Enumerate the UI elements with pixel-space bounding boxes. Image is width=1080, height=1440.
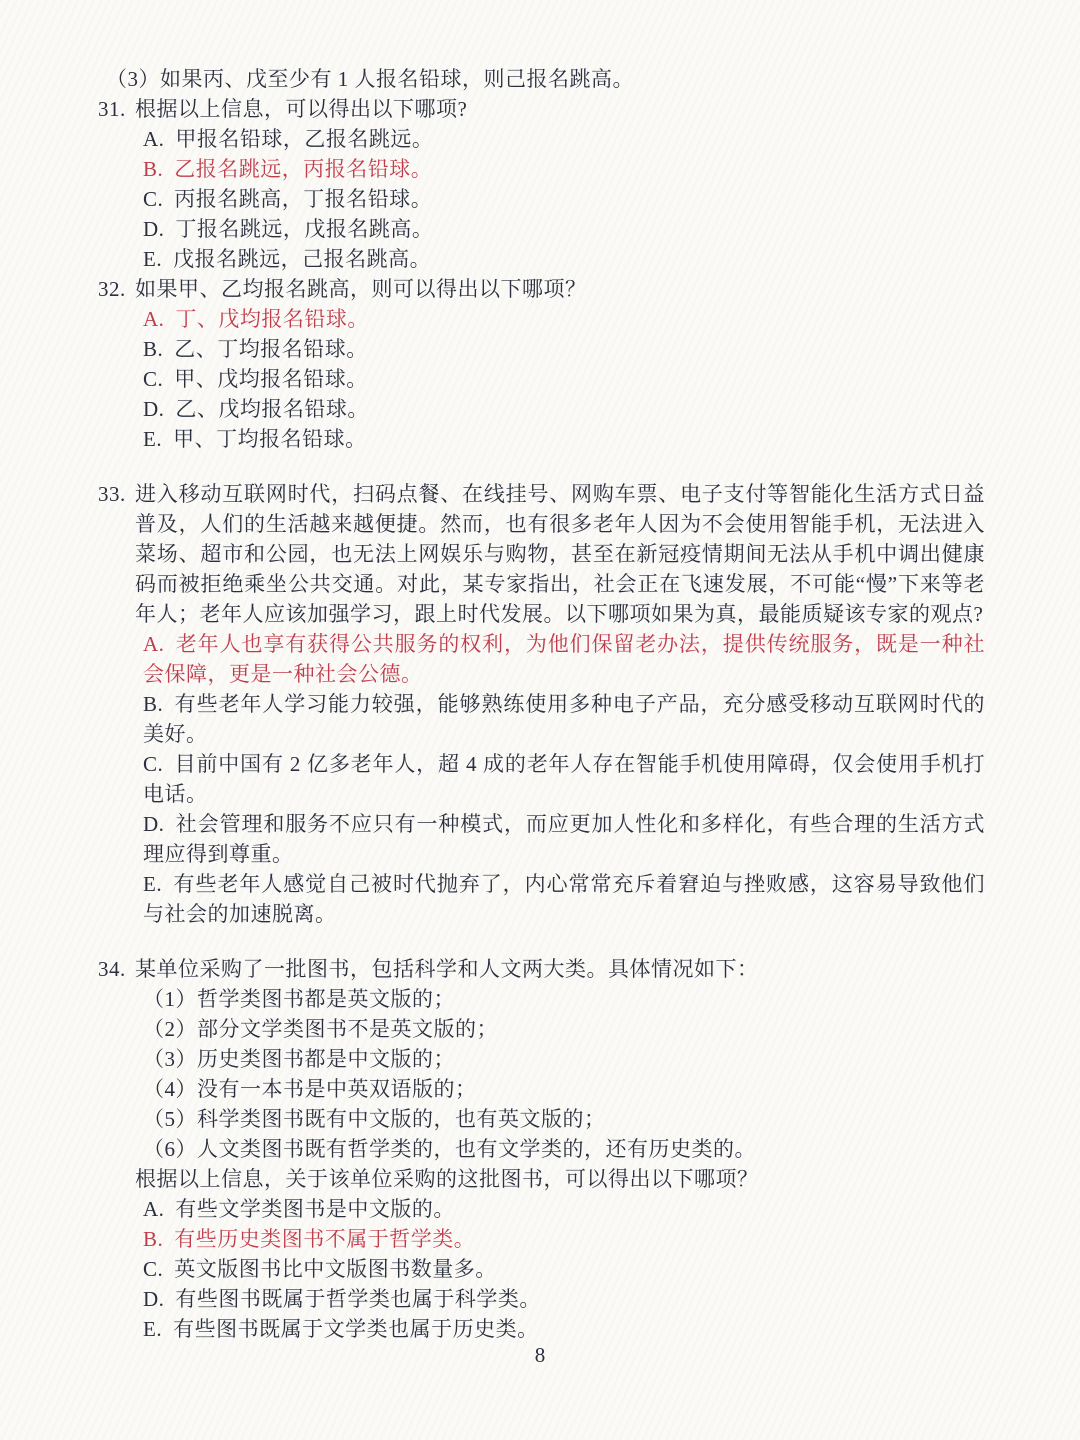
- option-row: B.有些老年人学习能力较强，能够熟练使用多种电子产品，充分感受移动互联网时代的美…: [135, 689, 985, 749]
- option-row: D.有些图书既属于哲学类也属于科学类。: [135, 1284, 985, 1314]
- option-label: E.: [143, 1317, 162, 1341]
- option-text: 甲、戊均报名铅球。: [174, 367, 368, 391]
- question-number: 33.: [98, 479, 135, 509]
- option-row: C.甲、戊均报名铅球。: [135, 364, 985, 394]
- option-label: D.: [143, 217, 164, 241]
- option-label: B.: [143, 337, 163, 361]
- option-label: B.: [143, 157, 163, 181]
- question-number: 31.: [98, 94, 135, 124]
- option-row: B.乙、丁均报名铅球。: [135, 334, 985, 364]
- condition-line: （1）哲学类图书都是英文版的；: [135, 984, 985, 1014]
- option-label: E.: [143, 872, 162, 896]
- option-text: 戊报名跳远，己报名跳高。: [173, 247, 431, 271]
- option-row: D.乙、戊均报名铅球。: [135, 394, 985, 424]
- option-row: B.有些历史类图书不属于哲学类。: [135, 1224, 985, 1254]
- question-body: 某单位采购了一批图书，包括科学和人文两大类。具体情况如下： （1）哲学类图书都是…: [135, 954, 985, 1344]
- option-label: D.: [143, 1287, 164, 1311]
- condition-line: （5）科学类图书既有中文版的，也有英文版的；: [135, 1104, 985, 1134]
- question-body: 进入移动互联网时代，扫码点餐、在线挂号、网购车票、电子支付等智能化生活方式日益普…: [135, 479, 985, 929]
- question-stem: 如果甲、乙均报名跳高，则可以得出以下哪项？: [135, 274, 985, 304]
- option-row: C.丙报名跳高，丁报名铅球。: [135, 184, 985, 214]
- condition-line: （4）没有一本书是中英双语版的；: [135, 1074, 985, 1104]
- option-text: 目前中国有 2 亿多老年人，超 4 成的老年人存在智能手机使用障碍，仅会使用手机…: [143, 752, 985, 806]
- option-text: 有些老年人感觉自己被时代抛弃了，内心常常充斥着窘迫与挫败感，这容易导致他们与社会…: [143, 872, 985, 926]
- option-row: E.有些图书既属于文学类也属于历史类。: [135, 1314, 985, 1344]
- option-label: E.: [143, 247, 162, 271]
- option-label: B.: [143, 692, 163, 716]
- option-text: 社会管理和服务不应只有一种模式，而应更加人性化和多样化，有些合理的生活方式理应得…: [143, 812, 985, 866]
- option-text: 英文版图书比中文版图书数量多。: [174, 1257, 497, 1281]
- option-row: D.社会管理和服务不应只有一种模式，而应更加人性化和多样化，有些合理的生活方式理…: [135, 809, 985, 869]
- option-text: 乙、戊均报名铅球。: [175, 397, 369, 421]
- question-34: 34. 某单位采购了一批图书，包括科学和人文两大类。具体情况如下： （1）哲学类…: [98, 954, 985, 1344]
- option-row: E.有些老年人感觉自己被时代抛弃了，内心常常充斥着窘迫与挫败感，这容易导致他们与…: [135, 869, 985, 929]
- option-label: C.: [143, 752, 163, 776]
- page-number: 8: [0, 1343, 1080, 1368]
- option-label: A.: [143, 632, 164, 656]
- question-stem: 某单位采购了一批图书，包括科学和人文两大类。具体情况如下：: [135, 954, 985, 984]
- question-stem: 进入移动互联网时代，扫码点餐、在线挂号、网购车票、电子支付等智能化生活方式日益普…: [135, 479, 985, 629]
- option-row: E.戊报名跳远，己报名跳高。: [135, 244, 985, 274]
- option-label: C.: [143, 1257, 163, 1281]
- option-row: A.丁、戊均报名铅球。: [135, 304, 985, 334]
- option-row: E.甲、丁均报名铅球。: [135, 424, 985, 454]
- option-text: 丁、戊均报名铅球。: [175, 307, 369, 331]
- option-text: 丙报名跳高，丁报名铅球。: [174, 187, 432, 211]
- question-number: 32.: [98, 274, 135, 304]
- option-text: 甲、丁均报名铅球。: [173, 427, 367, 451]
- question-32: 32. 如果甲、乙均报名跳高，则可以得出以下哪项？ A.丁、戊均报名铅球。 B.…: [98, 274, 985, 454]
- option-row: A.老年人也享有获得公共服务的权利，为他们保留老办法，提供传统服务，既是一种社会…: [135, 629, 985, 689]
- option-text: 乙报名跳远，丙报名铅球。: [174, 157, 432, 181]
- document-page: （3）如果丙、戊至少有 1 人报名铅球，则己报名跳高。 31. 根据以上信息，可…: [0, 0, 1080, 1440]
- option-row: A.有些文学类图书是中文版的。: [135, 1194, 985, 1224]
- option-text: 有些历史类图书不属于哲学类。: [174, 1227, 475, 1251]
- option-label: A.: [143, 1197, 164, 1221]
- question-stem: 根据以上信息，可以得出以下哪项?: [135, 94, 985, 124]
- option-text: 甲报名铅球，乙报名跳远。: [175, 127, 433, 151]
- option-label: A.: [143, 127, 164, 151]
- option-row: D.丁报名跳远，戊报名跳高。: [135, 214, 985, 244]
- condition-line: （2）部分文学类图书不是英文版的；: [135, 1014, 985, 1044]
- option-label: A.: [143, 307, 164, 331]
- question-lead: 根据以上信息，关于该单位采购的这批图书，可以得出以下哪项？: [135, 1164, 985, 1194]
- condition-line: （3）历史类图书都是中文版的；: [135, 1044, 985, 1074]
- option-text: 老年人也享有获得公共服务的权利，为他们保留老办法，提供传统服务，既是一种社会保障…: [143, 632, 985, 686]
- option-row: C.目前中国有 2 亿多老年人，超 4 成的老年人存在智能手机使用障碍，仅会使用…: [135, 749, 985, 809]
- exam-text: （3）如果丙、戊至少有 1 人报名铅球，则己报名跳高。 31. 根据以上信息，可…: [98, 64, 985, 1344]
- option-label: E.: [143, 427, 162, 451]
- condition-3-line: （3）如果丙、戊至少有 1 人报名铅球，则己报名跳高。: [98, 64, 985, 94]
- option-label: C.: [143, 187, 163, 211]
- question-number: 34.: [98, 954, 135, 984]
- option-label: C.: [143, 367, 163, 391]
- option-text: 丁报名跳远，戊报名跳高。: [175, 217, 433, 241]
- question-33: 33. 进入移动互联网时代，扫码点餐、在线挂号、网购车票、电子支付等智能化生活方…: [98, 479, 985, 929]
- question-body: 根据以上信息，可以得出以下哪项? A.甲报名铅球，乙报名跳远。 B.乙报名跳远，…: [135, 94, 985, 274]
- condition-line: （6）人文类图书既有哲学类的，也有文学类的，还有历史类的。: [135, 1134, 985, 1164]
- option-text: 有些文学类图书是中文版的。: [175, 1197, 455, 1221]
- option-text: 有些图书既属于文学类也属于历史类。: [173, 1317, 539, 1341]
- option-text: 有些图书既属于哲学类也属于科学类。: [175, 1287, 541, 1311]
- question-body: 如果甲、乙均报名跳高，则可以得出以下哪项？ A.丁、戊均报名铅球。 B.乙、丁均…: [135, 274, 985, 454]
- option-text: 有些老年人学习能力较强，能够熟练使用多种电子产品，充分感受移动互联网时代的美好。: [143, 692, 985, 746]
- option-row: B.乙报名跳远，丙报名铅球。: [135, 154, 985, 184]
- option-row: A.甲报名铅球，乙报名跳远。: [135, 124, 985, 154]
- option-label: D.: [143, 397, 164, 421]
- option-text: 乙、丁均报名铅球。: [174, 337, 368, 361]
- option-label: B.: [143, 1227, 163, 1251]
- question-31: 31. 根据以上信息，可以得出以下哪项? A.甲报名铅球，乙报名跳远。 B.乙报…: [98, 94, 985, 274]
- option-label: D.: [143, 812, 164, 836]
- option-row: C.英文版图书比中文版图书数量多。: [135, 1254, 985, 1284]
